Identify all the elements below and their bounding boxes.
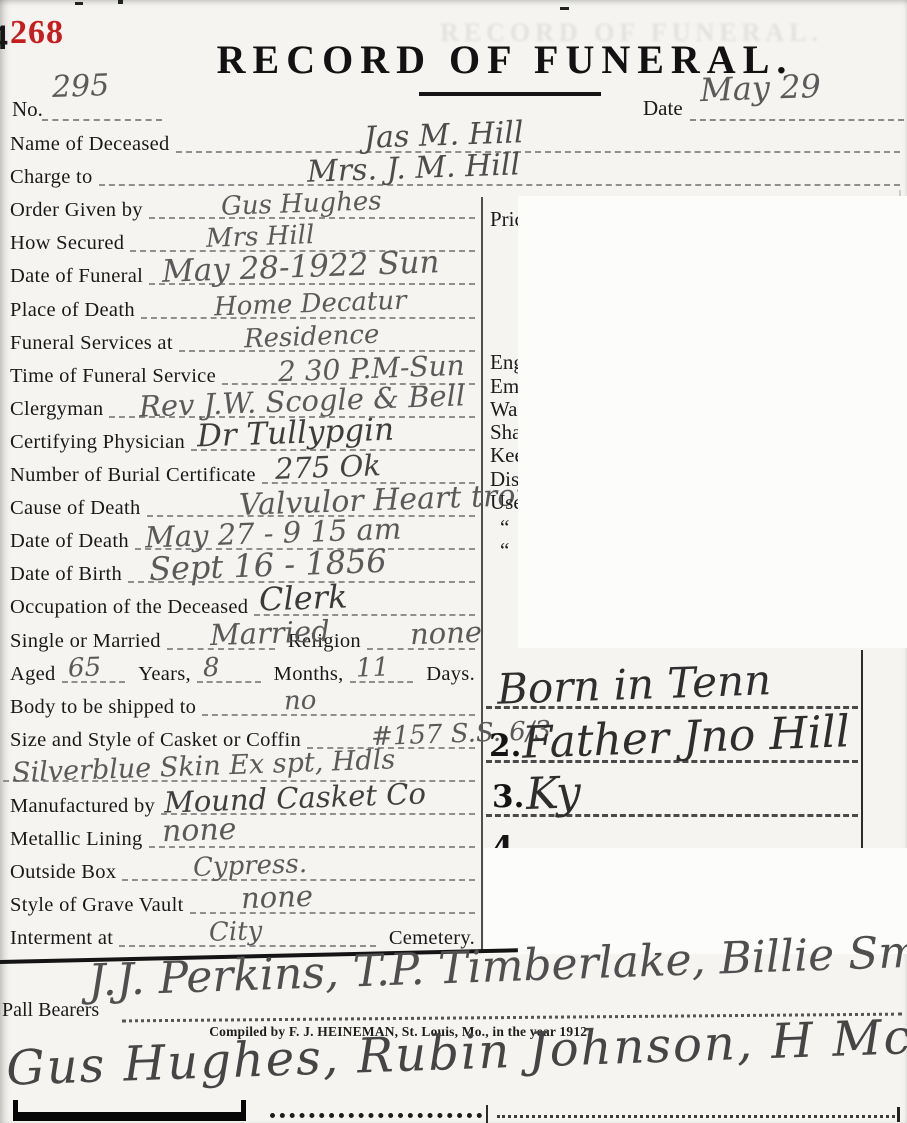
title-rule <box>419 92 601 96</box>
field-dashed-line: no <box>202 712 475 716</box>
field-label: Cause of Death <box>0 497 144 524</box>
field-label: Days. <box>416 663 478 690</box>
no-value-handwritten: 295 <box>52 72 109 102</box>
scan-speck <box>75 2 83 5</box>
note-number-2: 2. <box>489 728 521 764</box>
field-label: Date of Funeral <box>0 265 146 292</box>
field-value-handwritten: Dr Tullypgin <box>196 415 394 453</box>
field-row: Outside BoxCypress. <box>0 855 478 888</box>
field-value-handwritten: Home Decatur <box>214 287 407 320</box>
field-dashed-line: Jas M. Hill <box>176 149 900 153</box>
field-value-handwritten: none <box>240 882 313 913</box>
scan-speck <box>560 7 569 10</box>
field-label: Metallic Lining <box>0 828 146 855</box>
field-label: Charge to <box>0 166 96 193</box>
field-value-handwritten: May 28-1922 Sun <box>162 248 440 289</box>
field-value-handwritten: Residence <box>244 321 380 352</box>
field-label: Place of Death <box>0 299 138 326</box>
field-label: Clergyman <box>0 398 106 425</box>
bottom-vertical-mark-right <box>897 1107 900 1122</box>
note-number-3: 3. <box>492 779 524 815</box>
date-label: Date <box>643 96 683 121</box>
bottom-dotted-segment-left <box>270 1113 482 1118</box>
field-label: Name of Deceased <box>0 133 173 160</box>
field-label: Style of Grave Vault <box>0 894 187 921</box>
note-line-3: Ky <box>525 771 581 817</box>
red-stamp-number: 268 <box>10 14 64 52</box>
field-value-handwritten: City <box>209 918 263 946</box>
bottom-vertical-mark-center <box>486 1105 488 1123</box>
field-dashed-line: none <box>190 910 475 914</box>
scan-speck <box>118 0 123 4</box>
note-line-1: Born in Tenn <box>496 659 771 711</box>
field-label: Date of Death <box>0 530 132 557</box>
field-label: Funeral Services at <box>0 332 176 359</box>
left-edge-cut-numeral: 4 <box>0 16 8 58</box>
field-row: Order Given byGus Hughes <box>0 193 478 226</box>
field-label: Number of Burial Certificate <box>0 464 259 491</box>
white-overlay-box-top <box>518 196 907 648</box>
field-row: Body to be shipped tono <box>0 690 478 723</box>
field-label: Manufactured by <box>0 795 158 822</box>
field-dashed-line: none <box>367 646 475 650</box>
funeral-record-scan: 4 268 RECORD OF FUNERAL. RECORD OF FUNER… <box>0 0 907 1123</box>
field-value-handwritten: 65 <box>68 654 102 681</box>
field-row: Aged65Years,8Months,11Days. <box>0 657 478 690</box>
right-column-label-truncated: Sha <box>490 420 522 445</box>
field-value-handwritten: Mrs. J. M. Hill <box>307 150 521 187</box>
field-dashed-line: 11 <box>350 679 414 683</box>
field-dashed-line: 65 <box>62 679 126 683</box>
bottom-bar-tick-right <box>241 1100 246 1114</box>
field-value-handwritten: 8 <box>203 654 220 681</box>
date-dashed-line <box>690 119 904 121</box>
field-label: Aged <box>0 663 59 690</box>
field-label: Body to be shipped to <box>0 696 199 723</box>
field-label: Certifying Physician <box>0 431 188 458</box>
field-label: Outside Box <box>0 861 119 888</box>
no-dashed-line <box>42 119 162 121</box>
field-dashed-line: Home Decatur <box>141 315 475 319</box>
pall-bearers-label: Pall Bearers <box>2 999 99 1022</box>
field-dashed-line: Gus Hughes <box>149 215 475 219</box>
note-line-2: Father Jno Hill <box>521 710 850 765</box>
field-value-handwritten: none <box>161 815 236 848</box>
notes-vertical-line <box>861 650 863 848</box>
field-dashed-line: none <box>149 844 475 848</box>
field-value-handwritten: Cypress. <box>192 851 307 881</box>
field-label: Order Given by <box>0 199 146 226</box>
field-row: Place of DeathHome Decatur <box>0 292 478 325</box>
field-value-handwritten: Married <box>210 616 331 649</box>
field-row: Manufactured byMound Casket Co <box>0 789 478 822</box>
bottom-dotted-segment-right <box>497 1115 895 1118</box>
field-value-handwritten: Clerk <box>258 581 347 616</box>
field-row: Metallic Liningnone <box>0 822 478 855</box>
field-value-handwritten: none <box>410 617 483 648</box>
field-value-handwritten: 11 <box>355 654 389 681</box>
no-label: No. <box>12 97 43 122</box>
field-value-handwritten: Mrs Hill <box>206 222 315 252</box>
right-column-label-truncated: Dis <box>490 467 519 492</box>
right-column-label-truncated: Wa <box>490 397 517 422</box>
field-label: Years, <box>128 663 194 690</box>
field-dashed-line: May 28-1922 Sun <box>149 281 475 285</box>
right-column-label-truncated: “ <box>500 515 509 540</box>
bottom-black-bar <box>13 1112 246 1121</box>
field-row: Charge toMrs. J. M. Hill <box>0 160 903 193</box>
field-label: How Secured <box>0 232 127 259</box>
field-dashed-line: 8 <box>197 679 261 683</box>
field-label: Interment at <box>0 927 116 954</box>
right-column-label-truncated: “ <box>500 538 509 563</box>
bottom-bar-tick-left <box>13 1100 18 1114</box>
field-value-handwritten: 275 Ok <box>274 451 381 484</box>
field-dashed-line: Married <box>167 646 275 650</box>
field-value-handwritten: Gus Hughes <box>220 188 381 220</box>
field-label: Date of Birth <box>0 563 125 590</box>
no-value-text: 295 <box>51 71 109 103</box>
field-row: Date of BirthSept 16 - 1856 <box>0 557 478 590</box>
right-column-label-truncated: Em <box>490 374 519 399</box>
date-value-handwritten: May 29 <box>700 72 821 104</box>
field-value-handwritten: Mound Casket Co <box>164 779 427 817</box>
date-value-text: May 29 <box>699 70 821 106</box>
field-row: Single or MarriedMarriedReligionnone <box>0 623 478 656</box>
field-value-handwritten: no <box>284 687 317 714</box>
field-row: Certifying PhysicianDr Tullypgin <box>0 425 478 458</box>
field-dashed-line: Mrs. J. M. Hill <box>99 182 900 186</box>
